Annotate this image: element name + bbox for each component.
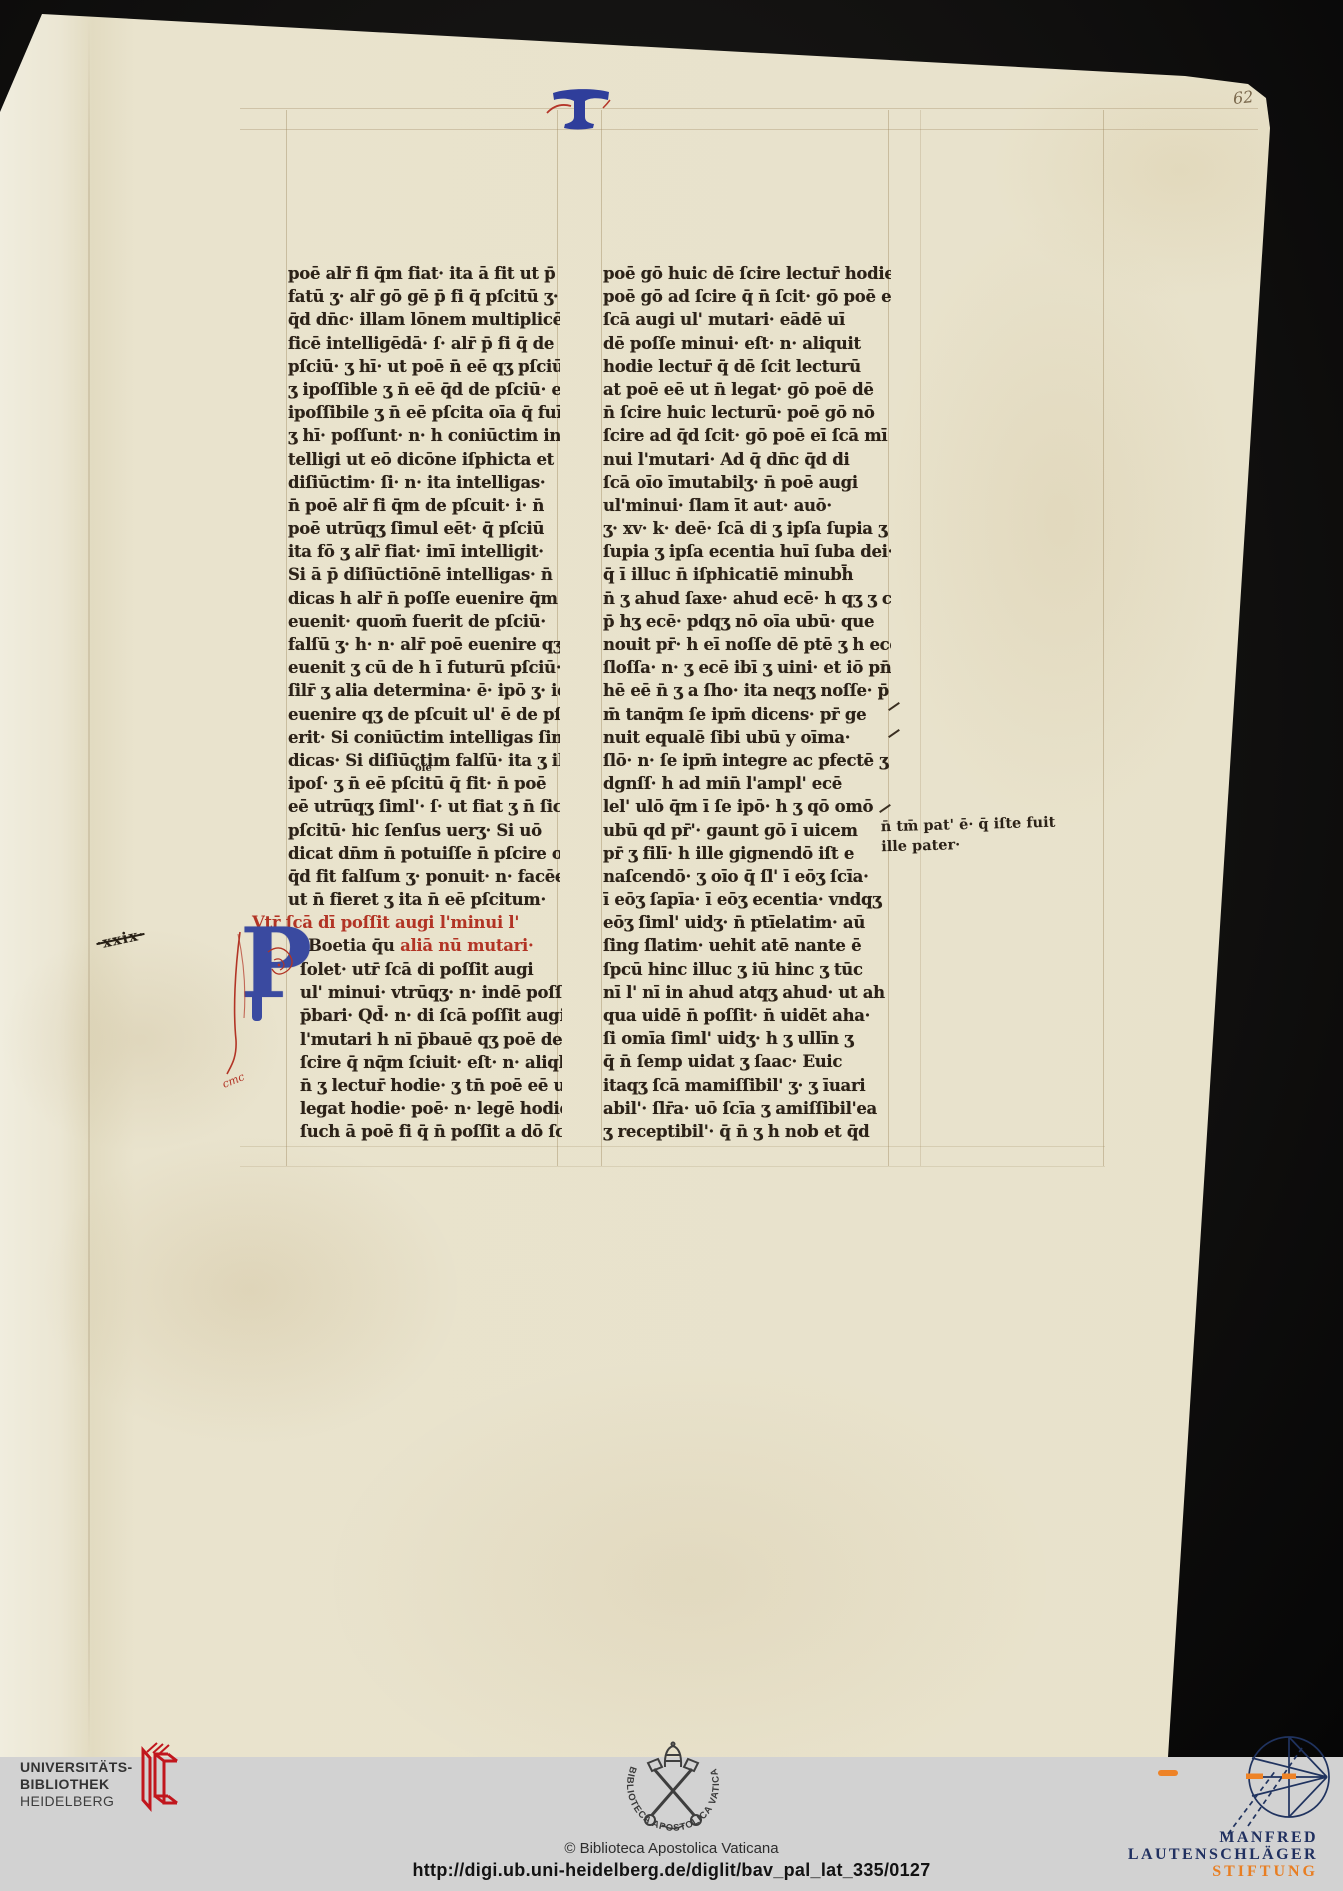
manuscript-text-line: n̄ ʒ ahud ſaxe· ahud ecē· h qʒ ʒ ca	[603, 587, 891, 610]
manuscript-text-line: ſcire q̄ nq̄m ſciuit· eſt· n· aliql ā	[300, 1051, 562, 1074]
interlinear-insertion: oīe	[415, 763, 432, 774]
manuscript-text-line: pſcitū· hic ſenſus uerʒ· Si uō	[288, 819, 560, 842]
manuscript-text-line: erit· Si coniūctim intelligas ſim	[288, 726, 560, 749]
manuscript-text-line: ī eōʒ ſapīa· ī eōʒ ecentia· vndqʒ	[603, 888, 891, 911]
manuscript-text-line: ſupia ʒ ipſa ecentia huī ſuba dei·	[603, 540, 891, 563]
manuscript-text-line: dgnſſ· h ad min̄ l'ampl' ecē	[603, 772, 891, 795]
manuscript-text-line: naſcendō· ʒ oīo q̄ ſl' ī eōʒ ſcīa·	[603, 865, 891, 888]
manuscript-photo-background: xxxvij 62 poē alr̄ fi q̄m fiat· ita ā fi…	[0, 0, 1343, 1757]
manuscript-text-line: q̄ ī illuc n̄ iſphicatiē minubh̄	[603, 563, 891, 586]
manuscript-text-line: ſi omīa ſiml' uidʒ· h ʒ ullīn ʒ	[603, 1027, 891, 1050]
vatican-library-emblem-icon: BIBLIOTECA APOSTOLICA VATICANA	[598, 1741, 748, 1837]
ruling-line	[240, 108, 1258, 109]
manuscript-text-line: ul' minui· vtrūqʒ· n· indē poſſe	[300, 981, 562, 1004]
manuscript-text-line: p̄ hʒ ecē· pdqʒ nō oīa ubū· que	[603, 610, 891, 633]
manuscript-text-line: n̄ ſcire huic lecturū· poē gō nō	[603, 401, 891, 424]
manuscript-text-line: poē gō huic dē ſcire lectur̄ hodie·	[603, 262, 891, 285]
manuscript-text-line: dicas h alr̄ n̄ poſſe euenire q̄m	[288, 587, 560, 610]
svg-text:BIBLIOTECA APOSTOLICA VATICANA: BIBLIOTECA APOSTOLICA VATICANA	[594, 1733, 722, 1834]
manuscript-text-line: at poē eē ut n̄ legat· gō poē dē	[603, 378, 891, 401]
manuscript-text-line: qua uidē n̄ poſſit· n̄ uidēt aha·	[603, 1004, 891, 1027]
manuscript-text-line: nouit pr̄· h eī noſſe dē ptē ʒ h ecē·	[603, 633, 891, 656]
manuscript-text-line: q̄d dn̄c· illam lōnem multiplicē	[288, 308, 560, 331]
manuscript-text-line: lel' ulō q̄m ī ſe ipō· h ʒ qō omō	[603, 795, 891, 818]
ruling-line	[240, 1146, 1105, 1147]
manuscript-text-line: m̄ tanq̄m ſe ipm̄ dicens· pr̄ ge	[603, 703, 891, 726]
chapter-numeral-ornament	[545, 84, 617, 132]
manuscript-text-line: falſū ʒ· h· n· alr̄ poē euenire qʒ	[288, 633, 560, 656]
manuscript-text-line: eōʒ ſiml' uidʒ· n̄ ptīelatim· aū	[603, 911, 891, 934]
manuscript-text-line: abil'· ſlr̄a· uō ſcīa ʒ amiſſibil'ea	[603, 1097, 891, 1120]
manuscript-text-line: ubū qd pr̄'· gaunt gō ī uicem	[603, 819, 891, 842]
manuscript-text-line: ul'minui· ſlam īt aut· auō·	[603, 494, 891, 517]
manuscript-text-line: telligi ut eō dicōne iſphicta et	[288, 448, 560, 471]
mls-name-line3: STIFTUNG	[978, 1863, 1318, 1881]
manuscript-text-line: Si ā p̄ diſiūctiōnē intelligas· n̄	[288, 563, 560, 586]
left-column-lower: ſolet· utr̄ ſcā di poſſit augiul' minui·…	[300, 958, 562, 1146]
manuscript-text-line: itaqʒ ſcā mamiſſibil' ʒ· ʒ īuari	[603, 1074, 891, 1097]
manuscript-text-line: ſuch ā poē fi q̄ n̄ poſſit a dō ſciri·	[300, 1120, 562, 1143]
manuscript-text-line: poē gō ad ſcire q̄ n̄ ſcit· gō poē eī	[603, 285, 891, 308]
manuscript-text-line: euenit ʒ cū de h ī futurū pſciū·	[288, 656, 560, 679]
manuscript-text-line: ſlō· n· ſe ipm̄ integre ac pfectē ʒ	[603, 749, 891, 772]
manuscript-text-line: ʒ· xv· k· deē· ſcā di ʒ ipſa ſupia ʒ	[603, 517, 891, 540]
manuscript-text-line: ipoſſibile ʒ n̄ eē pſcita oīa q̄ fuīt	[288, 401, 560, 424]
manuscript-text-line: pſciū· ʒ hī· ut poē n̄ eē qʒ pſciū·	[288, 355, 560, 378]
manuscript-text-line: fatū ʒ· alr̄ gō gē p̄ fi q̄ pſcitū ʒ· ad	[288, 285, 560, 308]
ruling-line	[240, 1166, 1105, 1167]
rubric-line-2: Boetia q̄u aliā nū mutari·	[308, 934, 533, 957]
manuscript-text-line: ſing ſlatim· uehit atē nante ē	[603, 934, 891, 957]
manuscript-text-line: l'mutari h nī p̄bauē qʒ poē deus	[300, 1028, 562, 1051]
gutter-crease	[88, 20, 90, 1757]
manuscript-text-line: diſiūctim· ſi· n· ita intelligas·	[288, 471, 560, 494]
manuscript-text-line: n̄ poē alr̄ fi q̄m de pſcuit· i· n̄	[288, 494, 560, 517]
manuscript-text-line: euenire qʒ de pſcuit ul' ē de pſci	[288, 703, 560, 726]
mls-name-line1: MANFRED	[978, 1829, 1318, 1847]
manuscript-text-line: hē eē n̄ ʒ a ſho· ita neqʒ noſſe· p̄	[603, 679, 891, 702]
manuscript-text-line: nuit equalē ſibi ubū y oīma·	[603, 726, 891, 749]
manuscript-text-line: ʒ receptibil'· q̄ n̄ ʒ h nob et q̄d	[603, 1120, 891, 1143]
manuscript-text-line: ipoſ· ʒ n̄ eē pſcitū q̄ fit· n̄ poē	[288, 772, 560, 795]
manuscript-text-line: ſcā oīo īmutabilʒ· n̄ poē augi	[603, 471, 891, 494]
rubric-black-part: Boetia q̄u	[308, 936, 395, 955]
manuscript-text-line: legat hodie· poē· n· legē hodie·	[300, 1097, 562, 1120]
manuscript-text-line: ſolet· utr̄ ſcā di poſſit augi	[300, 958, 562, 981]
manuscript-text-line: p̄bari· Qd̄· n· di ſcā poſſit augi	[300, 1004, 562, 1027]
manuscript-text-line: eē utrūqʒ ſiml'· ſ· ut fiat ʒ n̄ ſic	[288, 795, 560, 818]
margin-gloss-line: ille pater·	[881, 833, 1056, 858]
folio-number: 62	[1232, 87, 1254, 108]
rubric-red-part: aliā nū mutari·	[400, 936, 533, 955]
manuscript-text-line: nui l'mutari· Ad q̄ dn̄c q̄d di	[603, 448, 891, 471]
manuscript-text-line: poē utrūqʒ ſimul eēt· q̄ pſciū	[288, 517, 560, 540]
manuscript-text-line: ſcire ad q̄d ſcit· gō poē eī ſcā mī	[603, 424, 891, 447]
manuscript-text-line: hodie lectur̄ q̄ dē ſcit lecturū	[603, 355, 891, 378]
manuscript-text-line: ſcā augi ul' mutari· eādē uī	[603, 308, 891, 331]
corner-inscription: xxxvij	[1213, 63, 1252, 84]
manuscript-text-line: euenit· quom̄ fuerit de pſciū·	[288, 610, 560, 633]
manuscript-text-line: nī l' nī in ahud atqʒ ahud· ut ah	[603, 981, 891, 1004]
manuscript-text-line: ſilr̄ ʒ alia determina· ē· ipō ʒ· idō	[288, 679, 560, 702]
mls-orange-dash	[1158, 1770, 1178, 1776]
manuscript-text-line: ʒ ipoſſible ʒ n̄ eē q̄d de pſciū· et	[288, 378, 560, 401]
mls-name-line2: LAUTENSCHLÄGER	[978, 1846, 1318, 1864]
manuscript-text-line: ficē intelligēdā· ſ· alr̄ p̄ fi q̄ de	[288, 332, 560, 355]
right-column: poē gō huic dē ſcire lectur̄ hodie·poē g…	[603, 262, 891, 1146]
mls-globe-logo-icon	[1246, 1734, 1332, 1820]
manuscript-text-line: n̄ ʒ lectur̄ hodie· ʒ tn̄ poē eē ut	[300, 1074, 562, 1097]
manuscript-text-line: ita fō ʒ alr̄ fiat· imī intelligit·	[288, 540, 560, 563]
parchment-page: xxxvij 62 poē alr̄ fi q̄m fiat· ita ā fi…	[0, 0, 1343, 1757]
ruling-line	[920, 110, 921, 1166]
vatican-arc-text: BIBLIOTECA APOSTOLICA VATICANA	[594, 1733, 722, 1834]
manuscript-text-line: dē poſſe minui· eſt· n· aliquit	[603, 332, 891, 355]
manuscript-text-line: ut n̄ fieret ʒ ita n̄ eē pſcitum·	[288, 888, 560, 911]
manuscript-text-line: poē alr̄ fi q̄m fiat· ita ā fit ut p̄	[288, 262, 560, 285]
manuscript-text-line: ʒ hī· poſſunt· n· h coniūctim in	[288, 424, 560, 447]
flourish-descender-icon	[224, 932, 264, 1092]
margin-quire-mark: ·xxix·	[95, 925, 147, 953]
ub-heidelberg-logo-icon	[137, 1742, 191, 1812]
manuscript-text-line: dicat dn̄m n̄ potuiſſe n̄ pſcire oē	[288, 842, 560, 865]
manuscript-text-line: ſpcū hinc illuc ʒ iū hinc ʒ tūc	[603, 958, 891, 981]
manuscript-text-line: q̄ n̄ ſemp uidat ʒ ſaac· Euic	[603, 1050, 891, 1073]
ruling-line	[601, 110, 602, 1166]
left-column-upper: poē alr̄ fi q̄m fiat· ita ā fit ut p̄fat…	[288, 262, 560, 914]
manuscript-text-line: pr̄ ʒ filī· h ille gignendō iſt e	[603, 842, 891, 865]
ruling-line	[240, 129, 1258, 130]
manuscript-text-line: ſloſſa· n· ʒ ecē ibī ʒ uini· et iō pn̄	[603, 656, 891, 679]
ruling-line	[1103, 110, 1104, 1166]
manuscript-text-line: q̄d fit falſum ʒ· ponuit· n· facēe	[288, 865, 560, 888]
margin-gloss: n̄ tm̄ pat' ē· q̄ iſte fuit ille pater·	[881, 813, 1057, 858]
